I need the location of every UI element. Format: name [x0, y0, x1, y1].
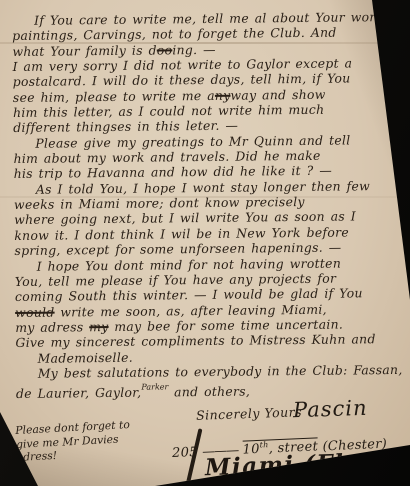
struck-out-text: ny: [215, 87, 231, 102]
letter-text: paintings, Carvings, not to forget the C…: [12, 25, 337, 43]
letter-text: see him, please to write me a: [13, 88, 215, 105]
closing-phrase: Sincerely Yours: [196, 404, 303, 423]
letter-text: ing. —: [172, 42, 216, 57]
struck-out-text: my: [89, 319, 109, 334]
signature-pascin: Pascin: [293, 396, 368, 423]
letter-text: Mademoiselle.: [38, 349, 133, 365]
struck-out-text: would: [15, 304, 55, 319]
struck-out-text: oo: [157, 42, 173, 57]
letter-text: my adress: [15, 319, 89, 335]
street-ordinal: th: [259, 440, 268, 449]
letter-text: way and show: [230, 86, 325, 102]
address-city: Miami (Fla.): [203, 448, 392, 485]
letter-line: de Laurier, Gaylor,Parker and others,: [16, 377, 396, 396]
postscript-note: Please dont forget to give me Mr Davies …: [15, 418, 132, 464]
letter-text: what Your family is d: [12, 42, 157, 59]
inserted-text: Parker: [141, 383, 168, 392]
address-number: 205: [172, 445, 198, 461]
letter-body: If You care to write me, tell me al abou…: [12, 9, 396, 397]
letter-text: As I told You, I hope I wont stay longer…: [36, 178, 370, 196]
letter-text: and others,: [168, 384, 250, 400]
photo-of-letter: If You care to write me, tell me al abou…: [0, 0, 410, 486]
letter-paper: If You care to write me, tell me al abou…: [0, 0, 410, 486]
letter-text: de Laurier, Gaylor,: [16, 385, 142, 401]
